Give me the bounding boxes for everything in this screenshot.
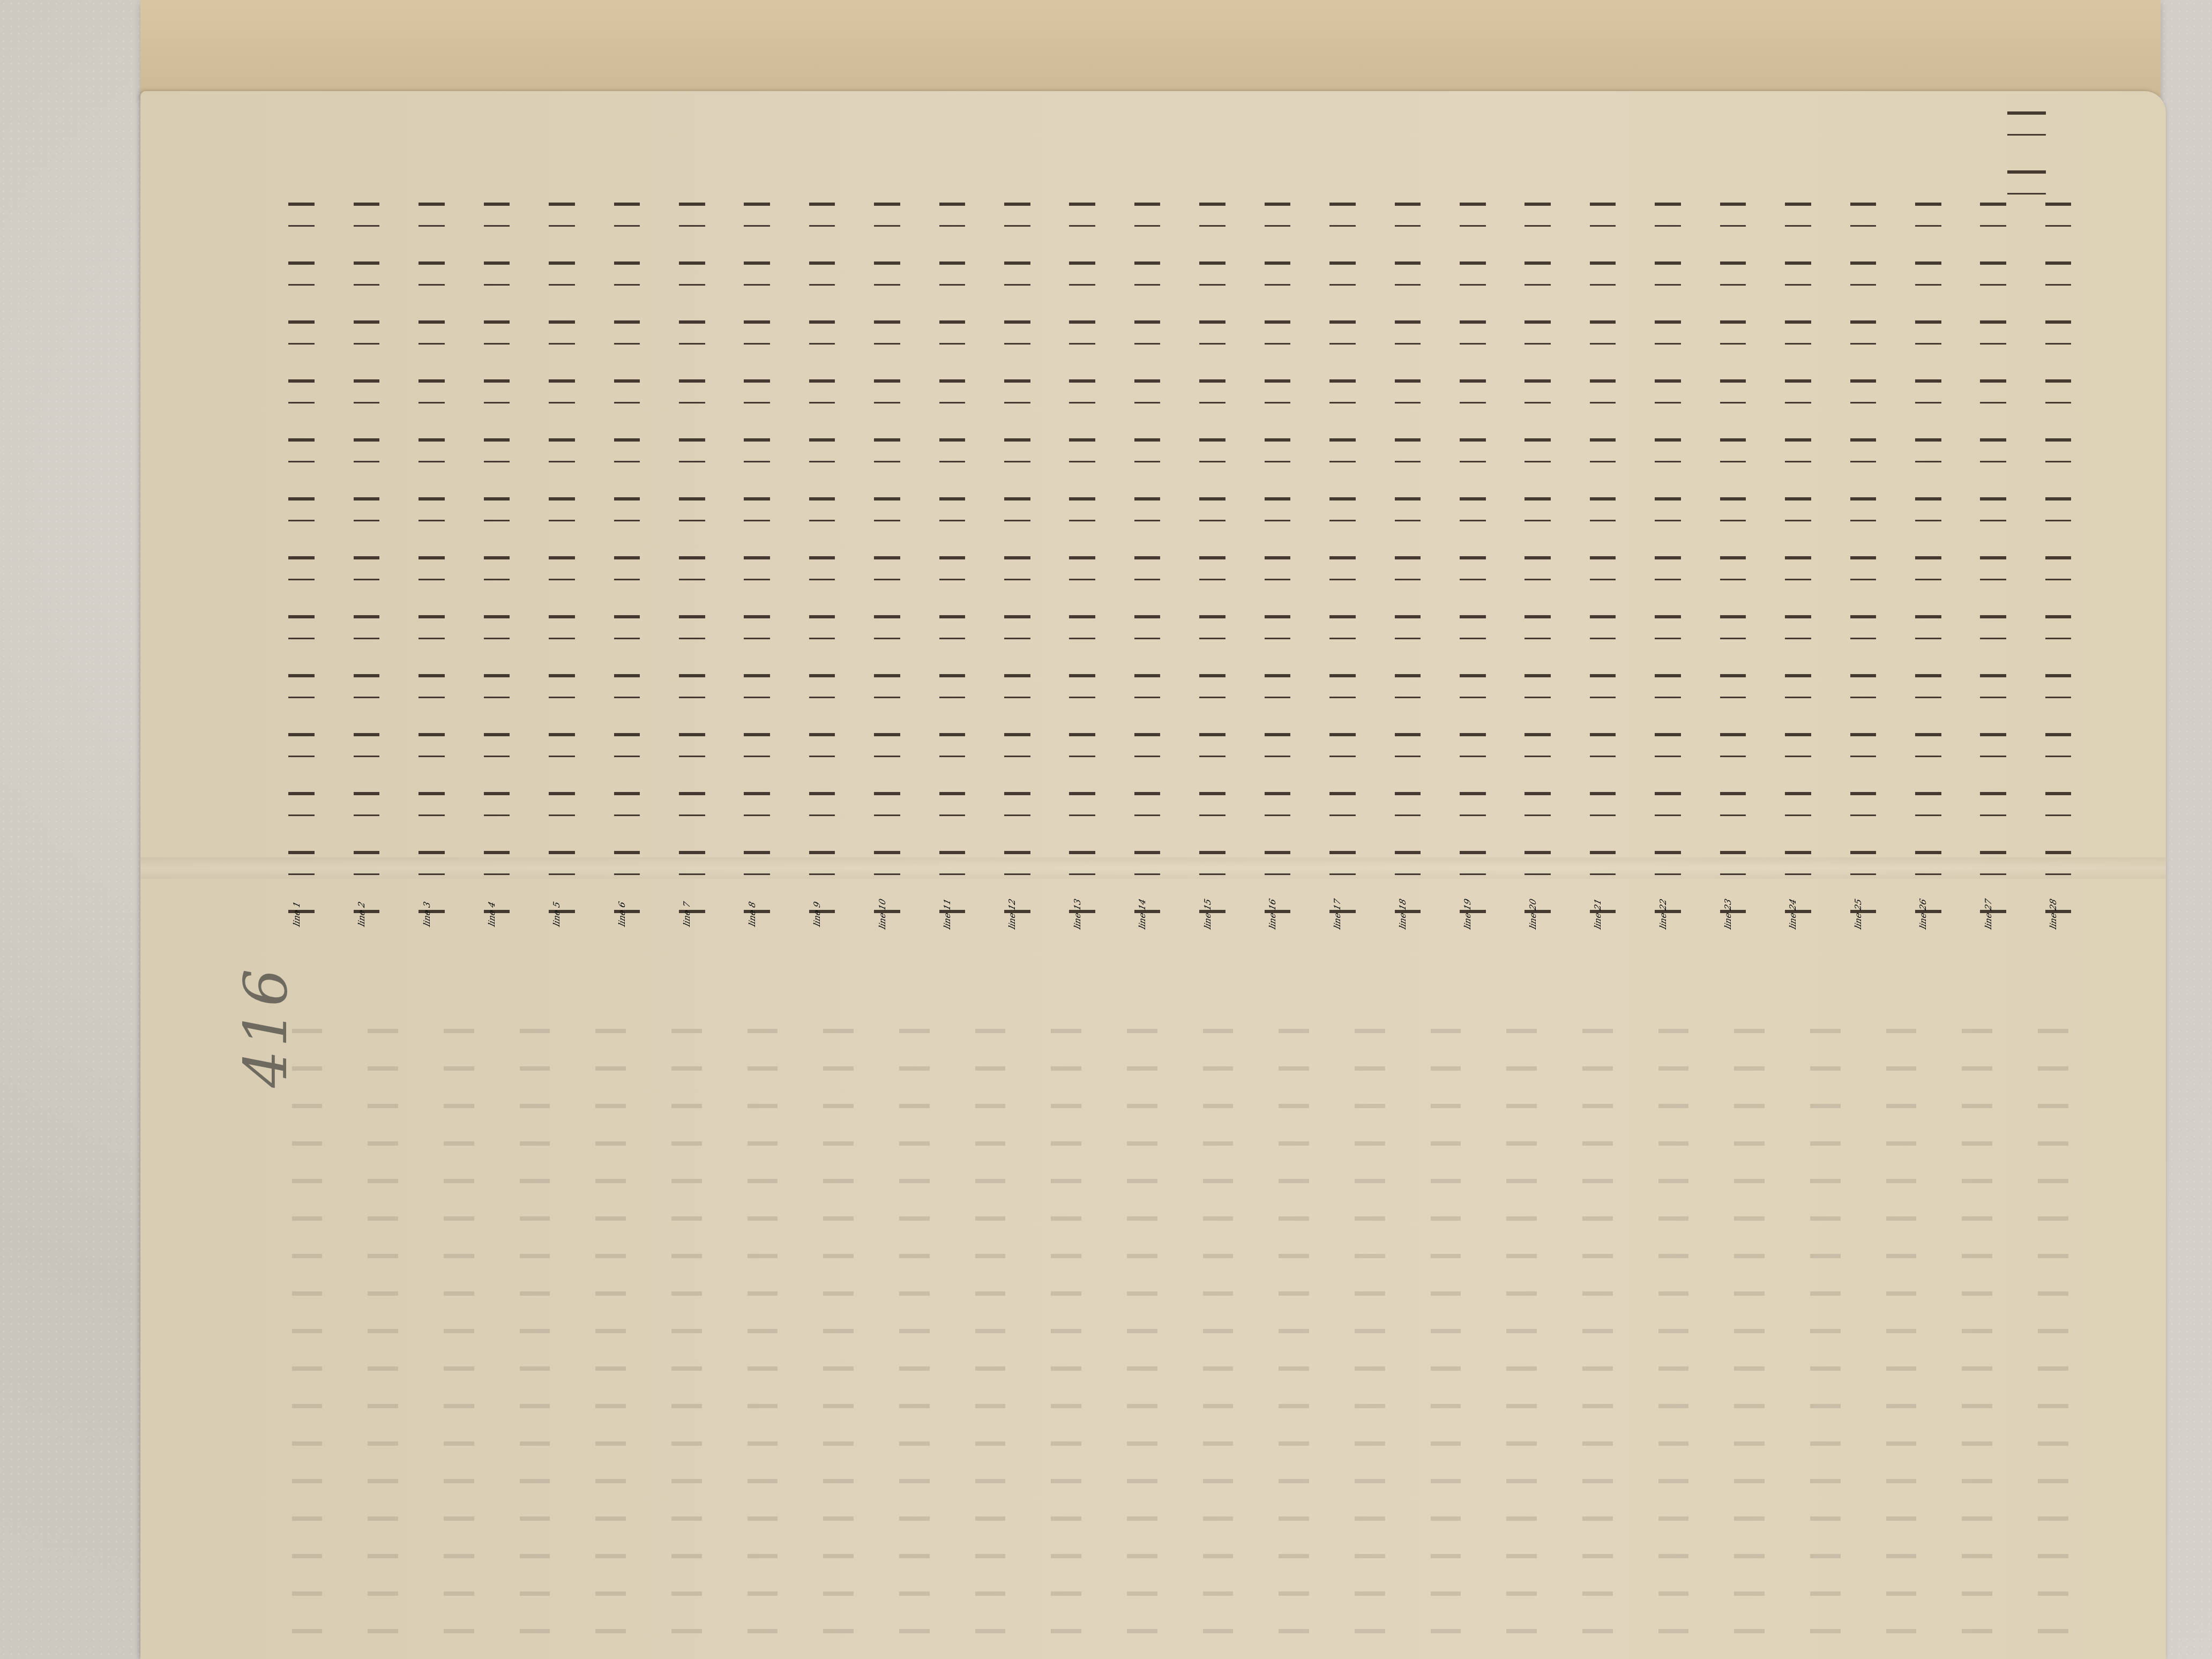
handwritten-line: line 11 bbox=[920, 113, 984, 916]
handwritten-line: line 26 bbox=[1896, 113, 1961, 916]
handwritten-line: line 5 bbox=[529, 113, 594, 916]
handwritten-line: line 19 bbox=[1440, 113, 1505, 916]
handwritten-line: line 17 bbox=[1310, 113, 1375, 916]
handwritten-line: line 24 bbox=[1766, 113, 1830, 916]
handwritten-line: line 13 bbox=[1050, 113, 1115, 916]
handwritten-line: line 21 bbox=[1570, 113, 1635, 916]
handwritten-line: line 14 bbox=[1115, 113, 1179, 916]
catchword: … bbox=[1994, 102, 2059, 220]
bleed-through-text bbox=[269, 948, 2091, 1645]
handwritten-line: line 25 bbox=[1830, 113, 1895, 916]
handwritten-line: line 10 bbox=[855, 113, 920, 916]
handwritten-line: line 1 bbox=[269, 113, 334, 916]
handwritten-text-block: line 1 line 2 line 3 line 4 line 5 line … bbox=[269, 113, 2091, 916]
handwritten-line: line 9 bbox=[789, 113, 854, 916]
handwritten-line: line 12 bbox=[985, 113, 1050, 916]
handwritten-line: line 27 bbox=[1961, 113, 2026, 916]
handwritten-line: line 16 bbox=[1245, 113, 1310, 916]
handwritten-line: line 8 bbox=[724, 113, 789, 916]
handwritten-line: line 23 bbox=[1700, 113, 1765, 916]
handwritten-line: line 20 bbox=[1505, 113, 1570, 916]
handwritten-line: line 18 bbox=[1375, 113, 1440, 916]
handwritten-line: line 22 bbox=[1635, 113, 1700, 916]
handwritten-line: line 4 bbox=[464, 113, 529, 916]
adjacent-page-edge bbox=[140, 0, 2161, 96]
handwritten-line: line 15 bbox=[1180, 113, 1245, 916]
handwritten-line: line 7 bbox=[660, 113, 724, 916]
handwritten-line: line 3 bbox=[399, 113, 464, 916]
handwritten-line: line 2 bbox=[334, 113, 399, 916]
manuscript-page: 416 line 1 line 2 line 3 line 4 line 5 l… bbox=[140, 91, 2166, 1659]
handwritten-line: line 28 bbox=[2026, 113, 2090, 916]
handwritten-line: line 6 bbox=[594, 113, 659, 916]
